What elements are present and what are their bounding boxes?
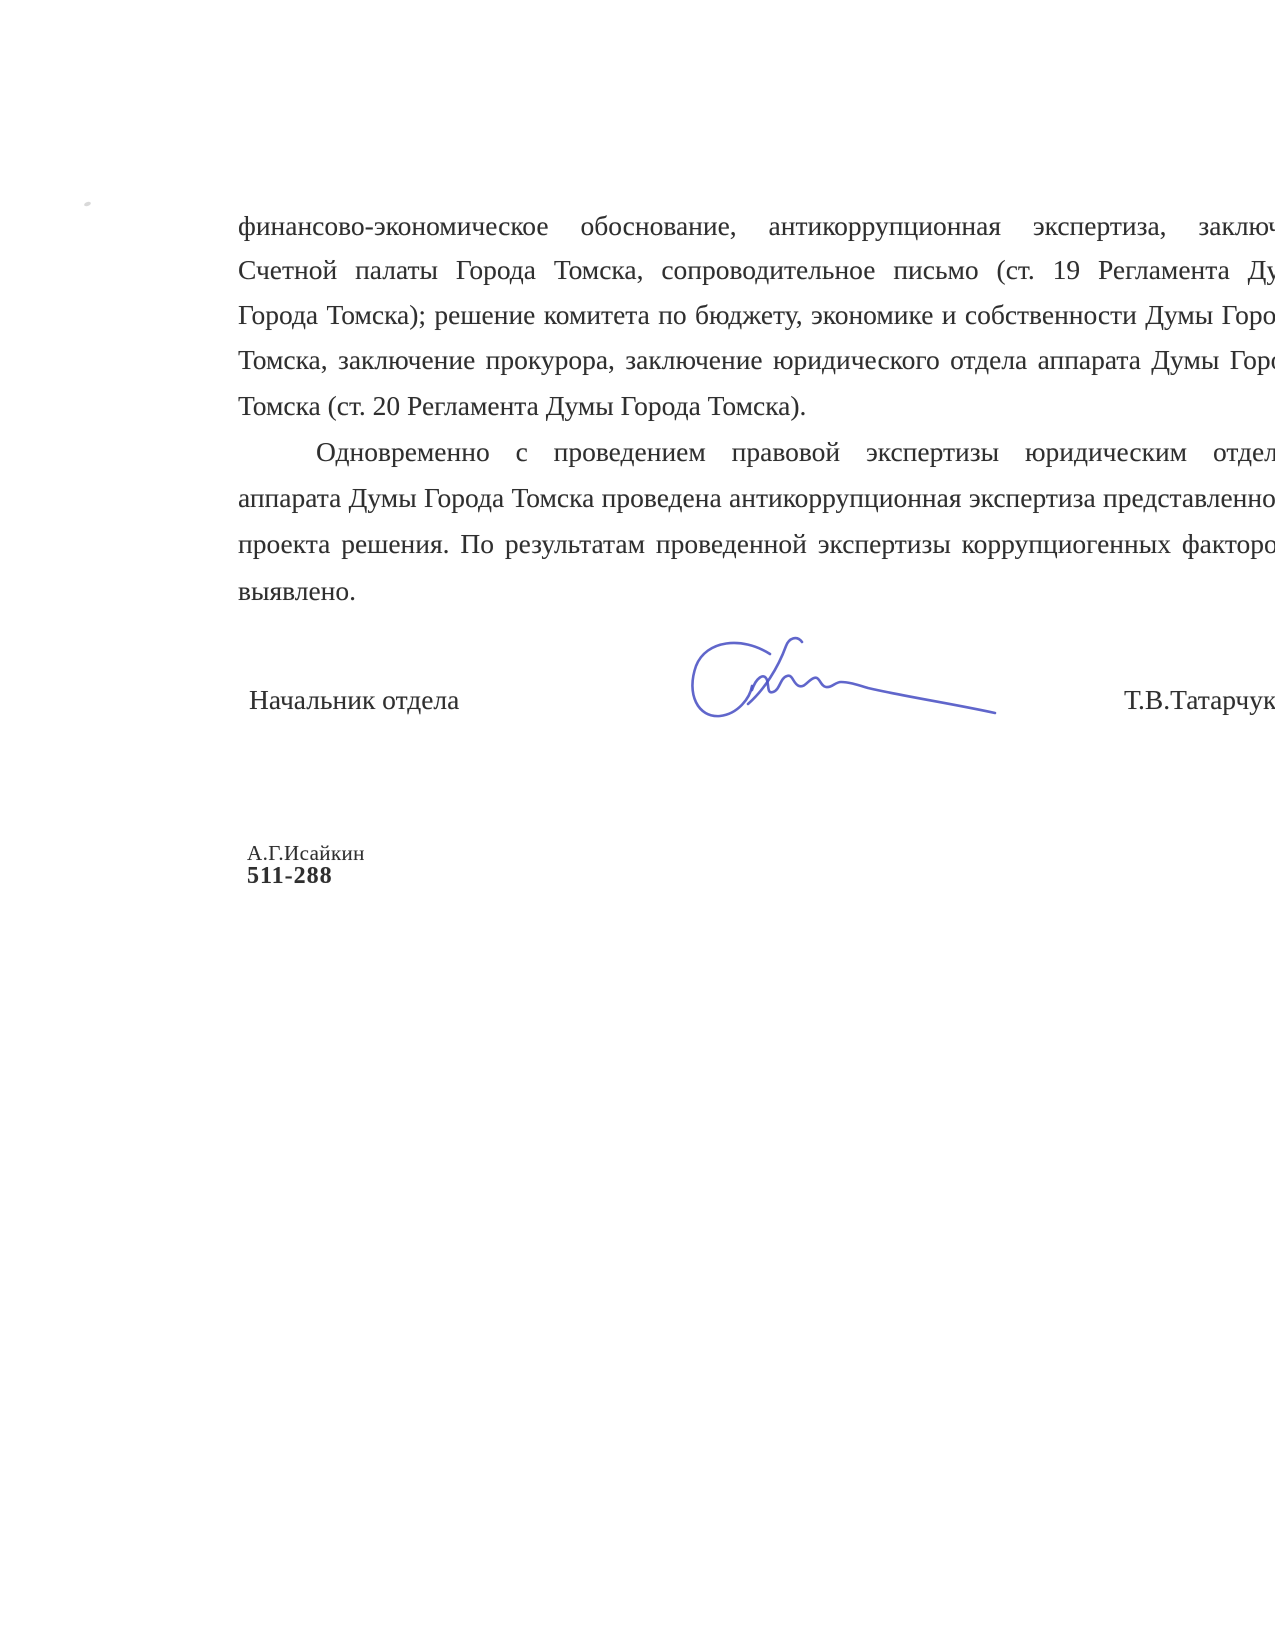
paragraph2-line-2: аппарата Думы Города Томска проведена ан… (238, 484, 1275, 512)
paragraph2-line-1: Одновременно с проведением правовой эксп… (238, 438, 1275, 466)
paragraph1-line-5: Томска (ст. 20 Регламента Думы Города То… (238, 392, 806, 420)
position-label: Начальник отдела (249, 686, 459, 714)
paragraph1-line-4: Томска, заключение прокурора, заключение… (238, 346, 1275, 374)
executor-phone: 511-288 (247, 864, 333, 888)
scan-speck (84, 201, 92, 207)
paragraph1-line-2: Счетной палаты Города Томска, сопроводит… (238, 256, 1275, 284)
signature-ink-icon (672, 628, 1022, 723)
paragraph1-line-3: Города Томска); решение комитета по бюдж… (238, 301, 1275, 329)
paragraph1-line-1: финансово-экономическое обоснование, ант… (238, 212, 1275, 240)
paragraph2-line-3: проекта решения. По результатам проведен… (238, 530, 1275, 558)
document-page: финансово-экономическое обоснование, ант… (0, 0, 1275, 1650)
signer-name: Т.В.Татарчук (1124, 686, 1275, 714)
paragraph2-line-4: выявлено. (238, 577, 356, 605)
executor-name: А.Г.Исайкин (247, 843, 365, 864)
